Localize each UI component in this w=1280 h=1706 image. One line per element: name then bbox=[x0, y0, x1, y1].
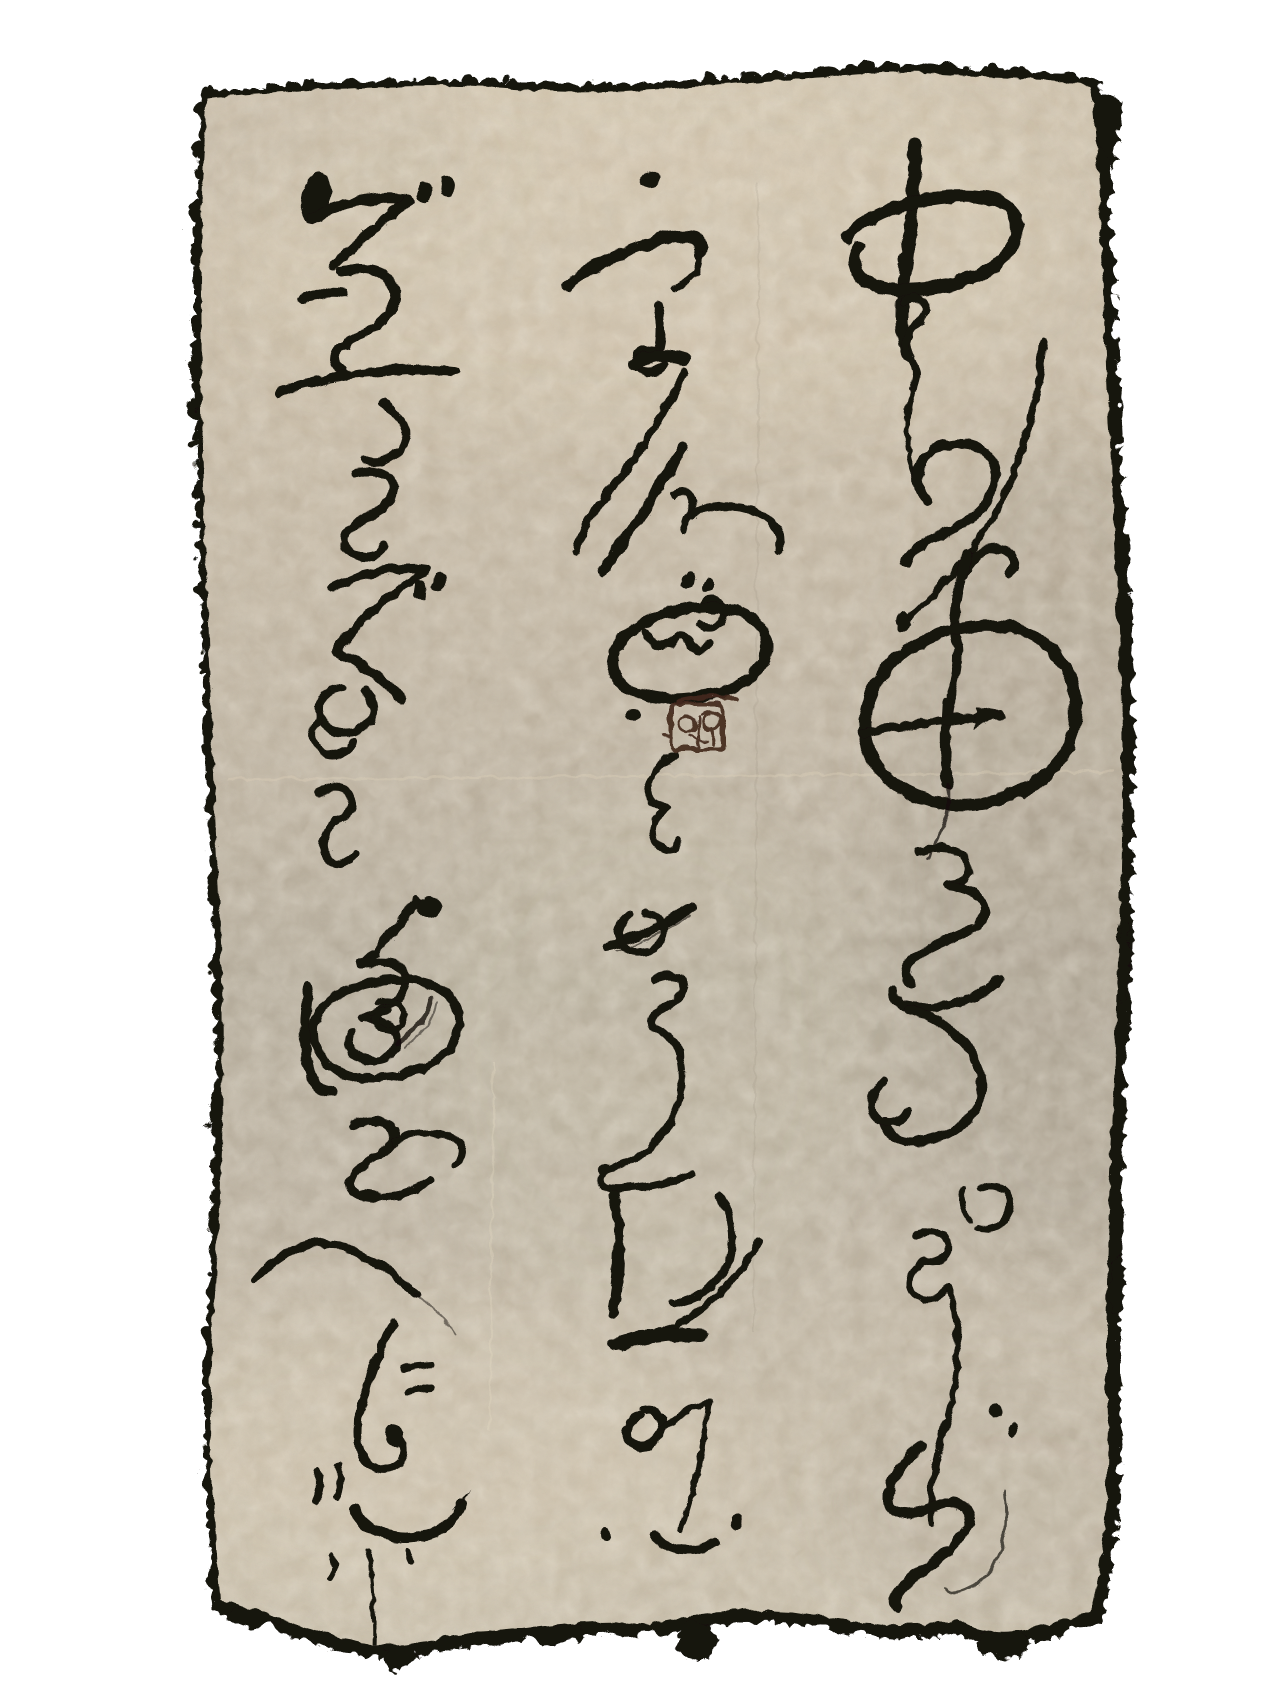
brush-stroke bbox=[894, 610, 908, 630]
brush-stroke bbox=[1105, 1250, 1119, 1310]
calligraphy-artwork bbox=[0, 0, 1280, 1706]
brush-stroke bbox=[204, 1084, 220, 1136]
brush-stroke bbox=[656, 303, 659, 349]
brush-stroke bbox=[599, 1525, 609, 1539]
brush-stroke bbox=[943, 700, 946, 784]
brush-stroke bbox=[663, 733, 669, 734]
brush-stroke bbox=[384, 1423, 402, 1445]
photo-canvas bbox=[0, 0, 1280, 1706]
paper-sheet bbox=[120, 50, 1230, 1660]
brush-stroke bbox=[415, 894, 441, 916]
brush-stroke bbox=[672, 1618, 712, 1654]
brush-stroke bbox=[623, 707, 639, 719]
brush-stroke bbox=[711, 727, 713, 744]
brush-stroke bbox=[729, 1511, 741, 1527]
